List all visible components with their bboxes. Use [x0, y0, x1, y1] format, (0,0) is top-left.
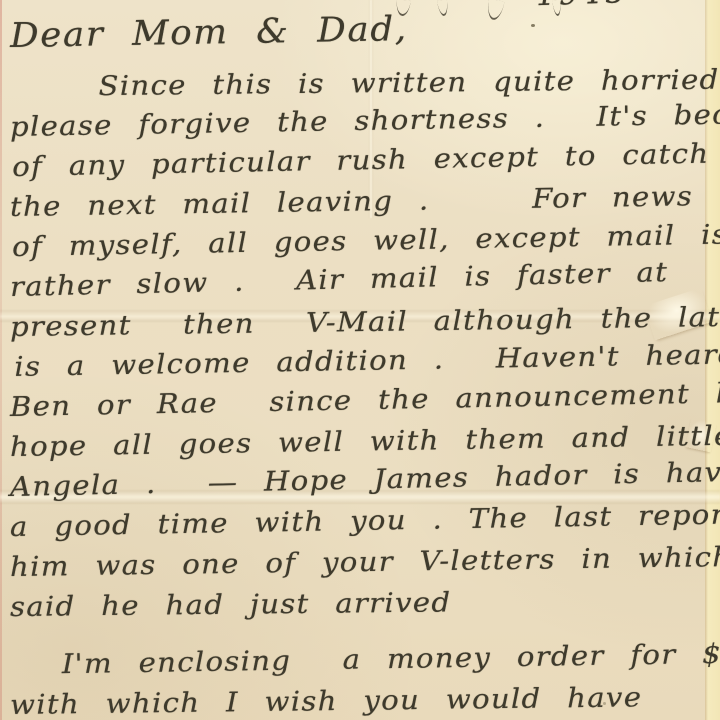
handwriting-line: him was one of your V-letters in which y… — [10, 541, 720, 583]
salutation: Dear Mom & Dad, — [10, 3, 720, 56]
handwriting-line: present then V-Mail although the latter — [10, 301, 720, 343]
handwriting-line: Since this is written quite horriedly — [10, 64, 720, 103]
handwriting-line: please forgive the shortness . It's beca… — [10, 99, 720, 143]
handwriting-line: rather slow . Air mail is faster at — [10, 255, 720, 303]
handwriting-line: the next mail leaving . For news — [10, 180, 720, 223]
handwriting-line: hope all goes well with them and little — [10, 420, 720, 463]
handwriting-line: of myself, all goes well, except mail is — [10, 219, 720, 263]
handwriting-line: Ben or Rae since the announcement but — [10, 377, 720, 423]
handwriting-line: a good time with you . The last report o… — [10, 499, 720, 543]
handwriting-line: is a welcome addition . Haven't heard fr… — [10, 339, 720, 383]
handwriting-line: with which I wish you would have — [10, 681, 720, 720]
handwriting-line: said he had just arrived — [10, 584, 720, 623]
handwriting-line: I'm enclosing a money order for $80 — [10, 638, 720, 681]
handwriting-line: of any particular rush except to catch — [10, 137, 720, 183]
letter-page: 1943 Dear Mom & Dad, Since this is writt… — [0, 0, 720, 720]
paper-left-edge — [0, 0, 2, 720]
